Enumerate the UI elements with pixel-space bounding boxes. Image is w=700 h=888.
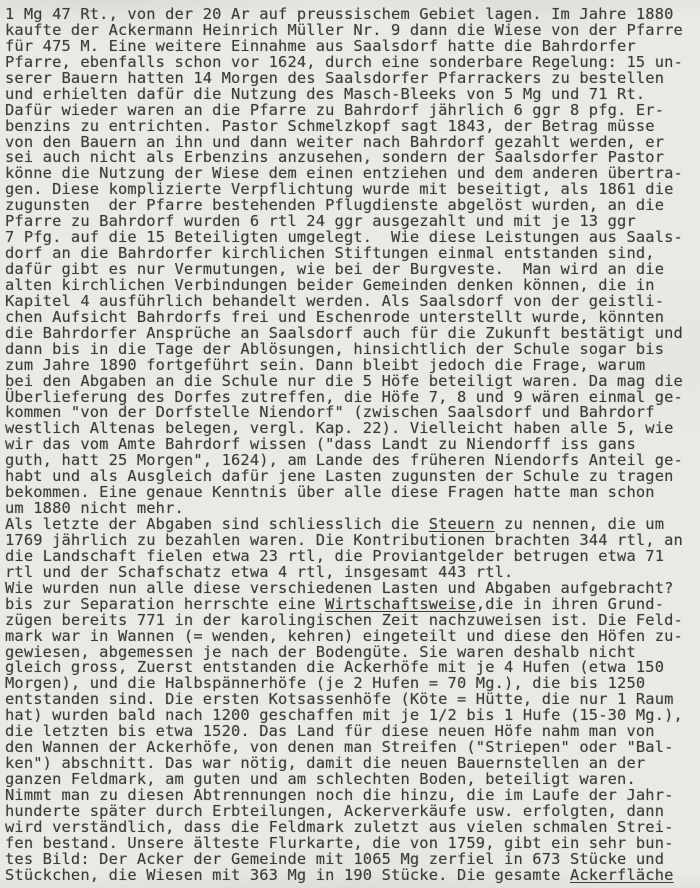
typewritten-page: 1 Mg 47 Rt., von der 20 Ar auf preussisc… [0,0,700,888]
text-line: Stückchen, die Wiesen mit 363 Mg in 190 … [5,868,700,884]
typewritten-text: 1 Mg 47 Rt., von der 20 Ar auf preussisc… [5,7,700,884]
text-segment: Stückchen, die Wiesen mit 363 Mg in 190 … [5,866,570,884]
underlined-term: Ackerfläche [570,866,674,884]
